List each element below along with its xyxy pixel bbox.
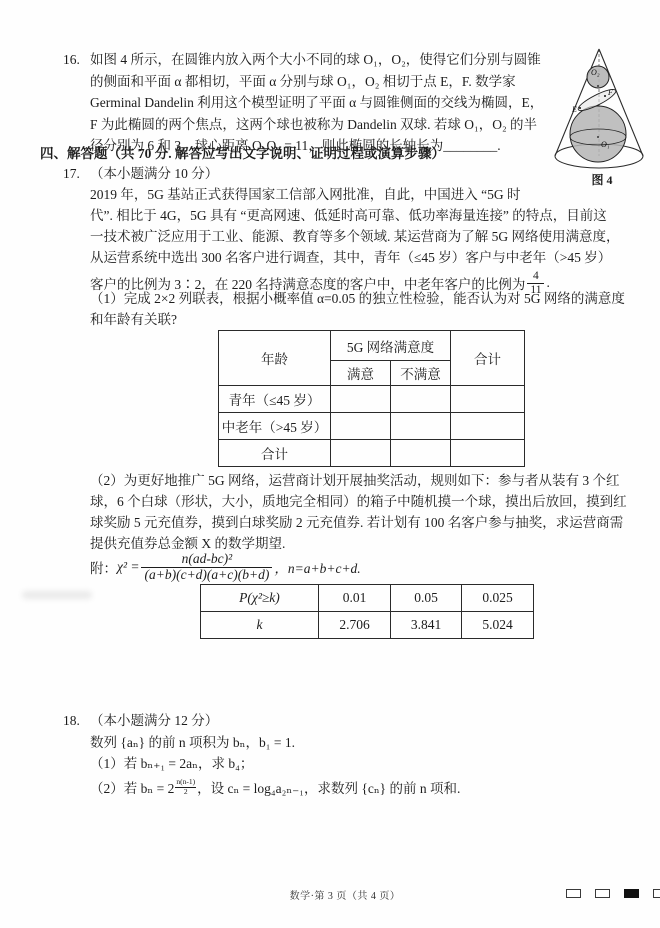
table2-k-1: 2.706 bbox=[319, 612, 391, 639]
q18-header: 18.（本小题满分 12 分） bbox=[63, 710, 218, 731]
table1-unsatisfied-header: 不满意 bbox=[391, 361, 451, 386]
table2-p-label: P(χ²≥k) bbox=[201, 585, 319, 612]
table2-alpha-3: 0.025 bbox=[462, 585, 534, 612]
q17-part2-line: 球，6 个白球（形状，大小，质地完全相同）的箱子中随机摸一个球，摸出后放回，摸到… bbox=[90, 491, 627, 512]
point-f-label: F bbox=[607, 88, 613, 97]
table1-empty-cell bbox=[331, 386, 391, 413]
dandelin-cone-figure: O₂ E F O₁ bbox=[552, 44, 652, 174]
table1-satisfaction-header: 5G 网络满意度 bbox=[331, 331, 451, 361]
q17-header: 17.（本小题满分 10 分） bbox=[63, 163, 218, 184]
table1-empty-cell bbox=[391, 440, 451, 467]
table2-alpha-2: 0.05 bbox=[391, 585, 462, 612]
sphere-o2-label: O₂ bbox=[591, 68, 600, 77]
table1-empty-cell bbox=[331, 413, 391, 440]
table1-total-header: 合计 bbox=[451, 331, 525, 386]
table1-empty-cell bbox=[451, 386, 525, 413]
table2-k-2: 3.841 bbox=[391, 612, 462, 639]
q18-part1: （1）若 bₙ₊₁ = 2aₙ，求 b₄； bbox=[90, 753, 253, 774]
q17-title: （本小题满分 10 分） bbox=[90, 166, 218, 181]
q17-part2-line: 球奖励 5 元充值券，摸到白球奖励 2 元充值券. 若计划有 100 名客户参与… bbox=[90, 512, 627, 533]
table2-k-label: k bbox=[201, 612, 319, 639]
registration-mark bbox=[653, 889, 660, 898]
exam-page: { "q16": { "number": "16.", "lines": [ "… bbox=[0, 0, 660, 928]
section-heading: 四、解答题（共 70 分. 解答应写出文字说明、证明过程或演算步骤） bbox=[40, 143, 445, 165]
q17-paragraph: 2019 年，5G 基站正式获得国家工信部入网批准，自此，中国进入 “5G 时 … bbox=[90, 184, 620, 298]
q18-part2: （2）若 bₙ = 2n(n-1)2，设 cₙ = log₄a₂ₙ₋₁，求数列 … bbox=[90, 774, 460, 800]
chi-square-formula: 附： χ² = n(ad-bc)²(a+b)(c+d)(a+c)(b+d) ，n… bbox=[90, 549, 361, 585]
table1-empty-cell bbox=[451, 440, 525, 467]
question-16: 16.如图 4 所示，在圆锥内放入两个大小不同的球 O₁，O₂，使得它们分别与圆… bbox=[63, 49, 563, 157]
chi-square-fraction: n(ad-bc)²(a+b)(c+d)(a+c)(b+d) bbox=[141, 552, 272, 581]
q17-part2: （2）为更好地推广 5G 网络，运营商计划开展抽奖活动，规则如下：参与者从装有 … bbox=[90, 470, 627, 554]
page-footer: 数学·第 3 页（共 4 页） bbox=[250, 887, 440, 902]
q17-para-line: 一技术被广泛应用于工业、能源、教育等多个领域. 某运营商为了解 5G 网络使用满… bbox=[90, 226, 620, 247]
cone-spheres-drawing: O₂ E F O₁ bbox=[552, 44, 652, 174]
q17-para-line: 2019 年，5G 基站正式获得国家工信部入网批准，自此，中国进入 “5G 时 bbox=[90, 184, 620, 205]
registration-mark bbox=[595, 889, 610, 898]
table1-empty-cell bbox=[451, 413, 525, 440]
table1-satisfied-header: 满意 bbox=[331, 361, 391, 386]
scan-smudge bbox=[22, 591, 92, 599]
table1-row-old-label: 中老年（>45 岁） bbox=[219, 413, 331, 440]
registration-mark bbox=[624, 889, 639, 898]
registration-mark bbox=[566, 889, 581, 898]
q16-line: Germinal Dandelin 利用这个模型证明了平面 α 与圆锥侧面的交线… bbox=[63, 92, 563, 114]
q18-intro: 数列 {aₙ} 的前 n 项积为 bₙ，b₁ = 1. bbox=[90, 732, 295, 753]
table2-alpha-1: 0.01 bbox=[319, 585, 391, 612]
q17-para-line: 代”. 相比于 4G，5G 具有 “更高网速、低延时高可靠、低功率海量连接” 的… bbox=[90, 205, 620, 226]
q17-part1-line: 和年龄有关联? bbox=[90, 309, 625, 330]
table1-empty-cell bbox=[391, 386, 451, 413]
q17-part2-line: （2）为更好地推广 5G 网络，运营商计划开展抽奖活动，规则如下：参与者从装有 … bbox=[90, 470, 627, 491]
exponent-fraction: n(n-1)2 bbox=[175, 778, 196, 796]
q16-number: 16. bbox=[63, 49, 90, 71]
q18-part2-pre: （2）若 bₙ = 2 bbox=[90, 777, 174, 797]
q17-part1-line: （1）完成 2×2 列联表，根据小概率值 α=0.05 的独立性检验，能否认为对… bbox=[90, 288, 625, 309]
q16-line: 的侧面和平面 α 都相切，平面 α 分别与球 O₁，O₂ 相切于点 E，F. 数… bbox=[63, 71, 563, 93]
q16-line: F 为此椭圆的两个焦点，这两个球也被称为 Dandelin 双球. 若球 O₁，… bbox=[63, 114, 563, 136]
table1-row-young-label: 青年（≤45 岁） bbox=[219, 386, 331, 413]
q16-line-text: 如图 4 所示，在圆锥内放入两个大小不同的球 O₁，O₂，使得它们分别与圆锥 bbox=[90, 52, 541, 67]
registration-marks bbox=[552, 886, 660, 902]
formula-prefix: 附： bbox=[90, 557, 117, 577]
table1-empty-cell bbox=[331, 440, 391, 467]
q17-para-line: 从运营系统中选出 300 名客户进行调查，其中，青年（≤45 岁）客户与中老年（… bbox=[90, 247, 620, 268]
satisfaction-contingency-table: 年龄 5G 网络满意度 合计 满意 不满意 青年（≤45 岁） 中老年（>45 … bbox=[218, 330, 525, 467]
sphere-o1-label: O₁ bbox=[601, 140, 610, 149]
critical-value-table: P(χ²≥k) 0.01 0.05 0.025 k 2.706 3.841 5.… bbox=[200, 584, 534, 639]
q16-line: 16.如图 4 所示，在圆锥内放入两个大小不同的球 O₁，O₂，使得它们分别与圆… bbox=[63, 49, 563, 71]
chi-square-lhs: χ² = bbox=[117, 559, 139, 575]
q17-part1: （1）完成 2×2 列联表，根据小概率值 α=0.05 的独立性检验，能否认为对… bbox=[90, 288, 625, 330]
q17-number: 17. bbox=[63, 163, 90, 184]
q18-title: （本小题满分 12 分） bbox=[90, 713, 218, 728]
point-e-label: E bbox=[571, 105, 577, 114]
formula-suffix: ，n=a+b+c+d. bbox=[274, 557, 360, 577]
table2-k-3: 5.024 bbox=[462, 612, 534, 639]
q18-part2-post: ，设 cₙ = log₄a₂ₙ₋₁，求数列 {cₙ} 的前 n 项和. bbox=[197, 777, 460, 797]
q18-number: 18. bbox=[63, 710, 90, 731]
table1-empty-cell bbox=[391, 413, 451, 440]
table1-age-header: 年龄 bbox=[219, 331, 331, 386]
table1-row-total-label: 合计 bbox=[219, 440, 331, 467]
